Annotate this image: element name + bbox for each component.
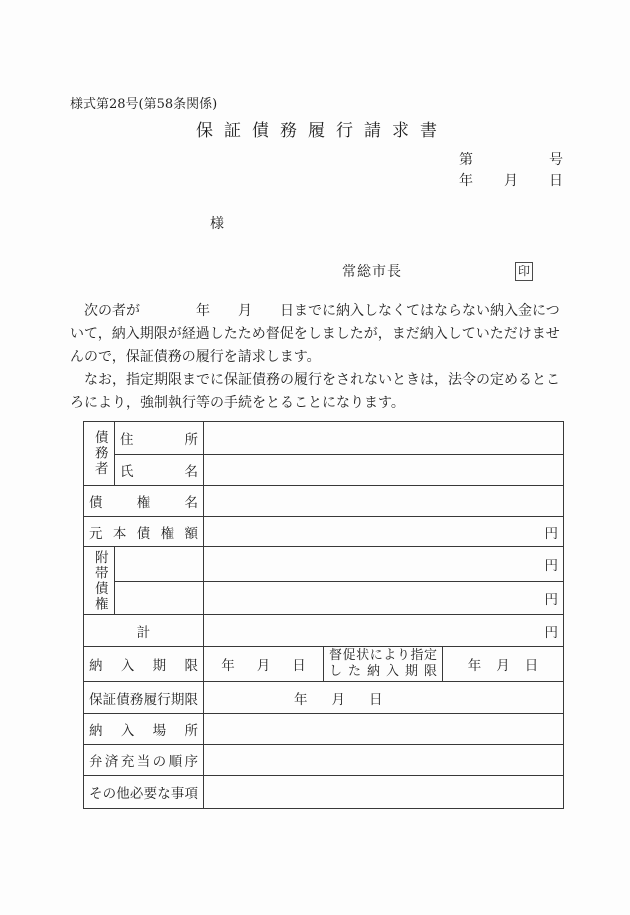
name-label: 氏名 (115, 455, 204, 486)
sender-line: 常総市長 印 (70, 262, 563, 282)
addressee-line: 様 (70, 214, 563, 234)
total-label: 計 (84, 615, 204, 647)
reminder-label-line2: した納入期限 (329, 664, 437, 680)
appropriation-order-label: 弁済充当の順序 (84, 745, 204, 776)
body-text-line: 次の者が 年 月 日までに納入しなくてはならない納入金につ (70, 300, 563, 323)
debtor-group-label: 債務者 (92, 430, 106, 477)
addressee-honorific: 様 (210, 216, 224, 232)
guarantee-due-label: 保証債務履行期限 (84, 682, 204, 714)
day-label: 日 (525, 654, 539, 674)
doc-date-line: 年 月 日 (459, 171, 563, 192)
claim-name-value-cell (204, 486, 564, 517)
guarantee-due-value-cell: 年 月 日 (204, 682, 564, 714)
table-row-principal: 元本債権額 円 (84, 517, 564, 547)
doc-number-line: 第 号 (459, 150, 563, 171)
yen-unit: 円 (545, 592, 559, 608)
yen-unit: 円 (545, 625, 559, 641)
debtor-group-cell: 債務者 (84, 422, 115, 486)
date-year-label: 年 (459, 171, 473, 192)
incidental-group-cell: 附帯債権 (84, 547, 115, 615)
incidental-sublabel-cell-1 (115, 547, 204, 582)
month-label: 月 (332, 688, 346, 708)
table-row-payment-place: 納入場所 (84, 714, 564, 745)
reminder-due-date-label-cell: 督促状により指定 した納入期限 (324, 647, 443, 682)
address-label: 住所 (115, 422, 204, 455)
year-label: 年 (294, 688, 308, 708)
reminder-label-line1: 督促状により指定 (329, 648, 437, 664)
table-row-incidental-2: 円 (84, 582, 564, 615)
year-label: 年 (221, 654, 235, 674)
name-value-cell (204, 455, 564, 486)
appropriation-order-value-cell (204, 745, 564, 776)
address-value-cell (204, 422, 564, 455)
body-text-line: んので，保証債務の履行を請求します。 (70, 346, 563, 369)
table-row-due-date: 納入期限 年 月 日 督促状により指定 した納入期限 年 月 日 (84, 647, 564, 682)
principal-label: 元本債権額 (84, 517, 204, 547)
payment-place-label: 納入場所 (84, 714, 204, 745)
incidental-value-cell-1: 円 (204, 547, 564, 582)
body-text-line: なお，指定期限までに保証債務の履行をされないときは，法令の定めるとこ (70, 369, 563, 392)
principal-value-cell: 円 (204, 517, 564, 547)
incidental-group-label: 附帯債権 (92, 550, 106, 612)
year-label: 年 (468, 654, 482, 674)
claim-name-label: 債権名 (84, 486, 204, 517)
table-row-incidental-1: 附帯債権 円 (84, 547, 564, 582)
request-details-table: 債務者 住所 氏名 債権名 元本債権額 円 附帯債権 円 (83, 421, 564, 809)
table-row-name: 氏名 (84, 455, 564, 486)
reminder-due-date-value-cell: 年 月 日 (443, 647, 564, 682)
body-text: 次の者が 年 月 日までに納入しなくてはならない納入金につ いて，納入期限が経過… (70, 300, 563, 415)
incidental-value-cell-2: 円 (204, 582, 564, 615)
table-row-guarantee-due: 保証債務履行期限 年 月 日 (84, 682, 564, 714)
month-label: 月 (257, 654, 271, 674)
table-row-other: その他必要な事項 (84, 776, 564, 809)
table-row-claim-name: 債権名 (84, 486, 564, 517)
date-month-label: 月 (504, 171, 518, 192)
table-row-address: 債務者 住所 (84, 422, 564, 455)
month-label: 月 (496, 654, 510, 674)
incidental-sublabel-cell-2 (115, 582, 204, 615)
doc-number-prefix: 第 (459, 150, 473, 171)
day-label: 日 (369, 688, 383, 708)
doc-number-suffix: 号 (549, 150, 563, 171)
page-title: 保証債務履行請求書 (70, 119, 563, 143)
payment-place-value-cell (204, 714, 564, 745)
sender-title: 常総市長 (342, 262, 402, 282)
yen-unit: 円 (545, 558, 559, 574)
document-page: 様式第28号(第58条関係) 保証債務履行請求書 第 号 年 月 日 様 常総市… (0, 0, 630, 915)
doc-number-date-block: 第 号 年 月 日 (459, 150, 563, 192)
yen-unit: 円 (545, 526, 559, 542)
seal-mark: 印 (515, 262, 533, 281)
body-text-line: いて，納入期限が経過したため督促をしましたが，まだ納入していただけませ (70, 323, 563, 346)
total-value-cell: 円 (204, 615, 564, 647)
body-text-line: ろにより，強制執行等の手続をとることになります。 (70, 392, 563, 415)
table-row-appropriation: 弁済充当の順序 (84, 745, 564, 776)
other-items-label: その他必要な事項 (84, 776, 204, 809)
day-label: 日 (292, 654, 306, 674)
table-row-total: 計 円 (84, 615, 564, 647)
form-number: 様式第28号(第58条関係) (70, 96, 563, 114)
date-day-label: 日 (549, 171, 563, 192)
due-date-value-cell: 年 月 日 (204, 647, 324, 682)
due-date-label: 納入期限 (84, 647, 204, 682)
other-items-value-cell (204, 776, 564, 809)
